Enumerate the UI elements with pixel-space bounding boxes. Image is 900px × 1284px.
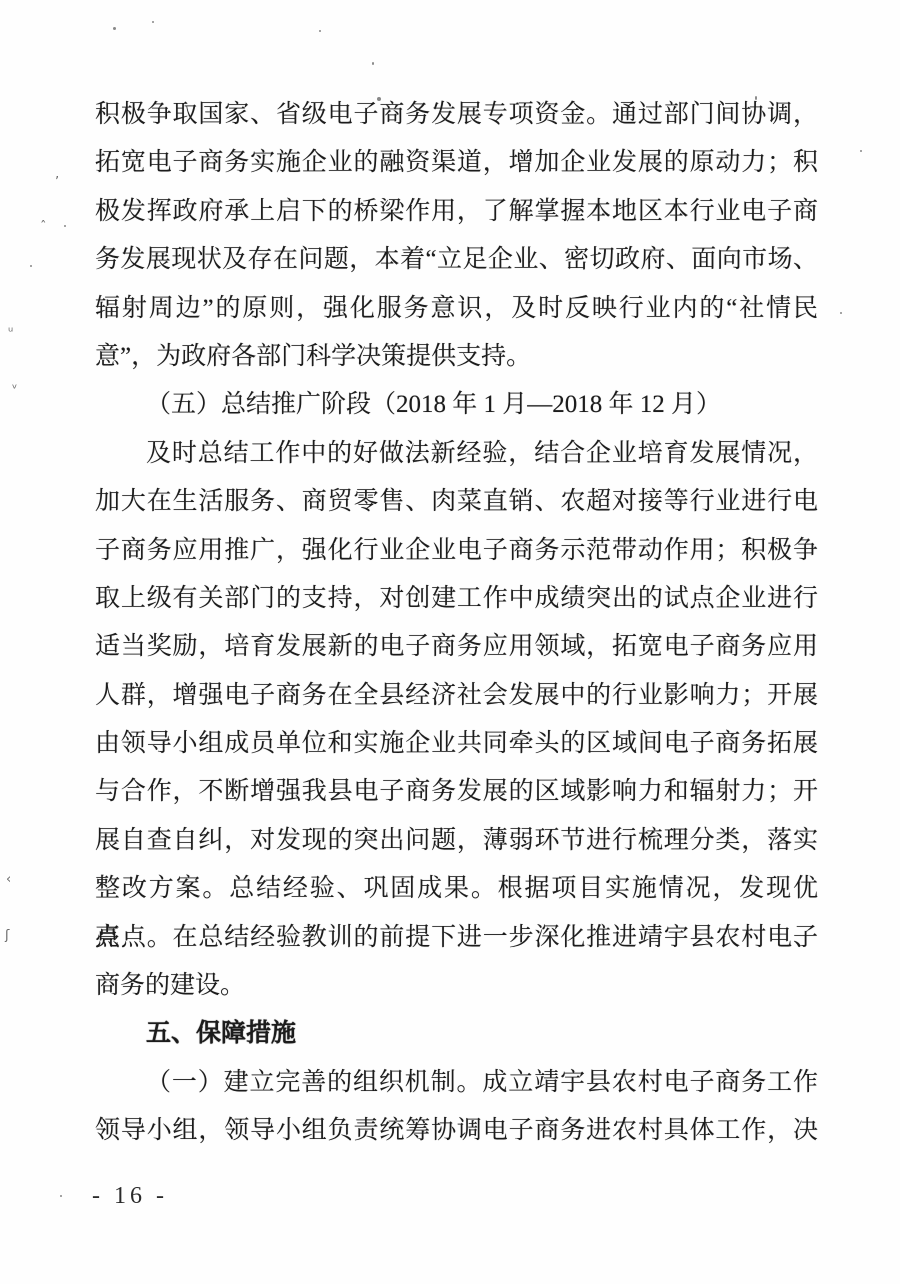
scan-speckle xyxy=(319,30,321,32)
scan-mark: ’ xyxy=(55,175,59,190)
scan-mark: ‹ xyxy=(6,872,11,887)
text-line: 及时总结工作中的好做法新经验，结合企业培育发展情况， xyxy=(95,430,818,478)
text-line: 取上级有关部门的支持，对创建工作中成绩突出的试点企业进行 xyxy=(95,575,818,623)
text-line: 适当奖励，培育发展新的电子商务应用领域，拓宽电子商务应用 xyxy=(95,623,818,671)
scan-mark: ᵛ xyxy=(12,382,17,397)
scan-speckle xyxy=(30,265,32,267)
text-line: 整改方案。总结经验、巩固成果。根据项目实施情况，发现优点、 xyxy=(95,865,818,913)
scan-speckle xyxy=(152,21,154,23)
text-line: 由领导小组成员单位和实施企业共同牵头的区域间电子商务拓展 xyxy=(95,720,818,768)
page-number: - 16 - xyxy=(92,1183,168,1210)
text-line: （五）总结推广阶段（2018 年 1 月—2018 年 12 月） xyxy=(95,381,818,429)
section-heading: 五、保障措施 xyxy=(95,1010,818,1058)
text-line: 人群，增强电子商务在全县经济社会发展中的行业影响力；开展 xyxy=(95,672,818,720)
scan-speckle xyxy=(840,312,842,314)
text-line: 辐射周边”的原则，强化服务意识，及时反映行业内的“社情民 xyxy=(95,285,818,333)
scan-speckle xyxy=(60,1195,62,1197)
text-line: 展自查自纠，对发现的突出问题，薄弱环节进行梳理分类，落实 xyxy=(95,817,818,865)
text-line: 商务的建设。 xyxy=(95,962,818,1010)
text-line: 意”，为政府各部门科学决策提供支持。 xyxy=(95,333,818,381)
text-line: （一）建立完善的组织机制。成立靖宇县农村电子商务工作 xyxy=(95,1059,818,1107)
scan-mark: ʃ xyxy=(5,928,9,943)
text-line: 领导小组，领导小组负责统筹协调电子商务进农村具体工作，决 xyxy=(95,1107,818,1155)
text-line: 积极争取国家、省级电子商务发展专项资金。通过部门间协调， xyxy=(95,91,818,139)
scan-mark: ˆ xyxy=(40,220,47,235)
document-page: ’ ˆ ᵘ ᵛ ‹ ʃ 积极争取国家、省级电子商务发展专项资金。通过部门间协调，… xyxy=(0,0,900,1284)
scan-speckle xyxy=(113,27,116,30)
text-line: 极发挥政府承上启下的桥梁作用，了解掌握本地区本行业电子商 xyxy=(95,188,818,236)
scan-speckle xyxy=(372,62,374,65)
document-text: 积极争取国家、省级电子商务发展专项资金。通过部门间协调，拓宽电子商务实施企业的融… xyxy=(95,91,818,1156)
text-line: 与合作，不断增强我县电子商务发展的区域影响力和辐射力；开 xyxy=(95,768,818,816)
text-line: 务发展现状及存在问题，本着“立足企业、密切政府、面向市场、 xyxy=(95,236,818,284)
scan-speckle xyxy=(64,225,66,227)
text-line: 拓宽电子商务实施企业的融资渠道，增加企业发展的原动力；积 xyxy=(95,139,818,187)
scan-speckle xyxy=(860,150,862,152)
text-line: 加大在生活服务、商贸零售、肉菜直销、农超对接等行业进行电 xyxy=(95,478,818,526)
scan-mark: ᵘ xyxy=(8,325,13,340)
text-line: 子商务应用推广，强化行业企业电子商务示范带动作用；积极争 xyxy=(95,527,818,575)
text-line: 亮点。在总结经验教训的前提下进一步深化推进靖宇县农村电子 xyxy=(95,914,818,962)
